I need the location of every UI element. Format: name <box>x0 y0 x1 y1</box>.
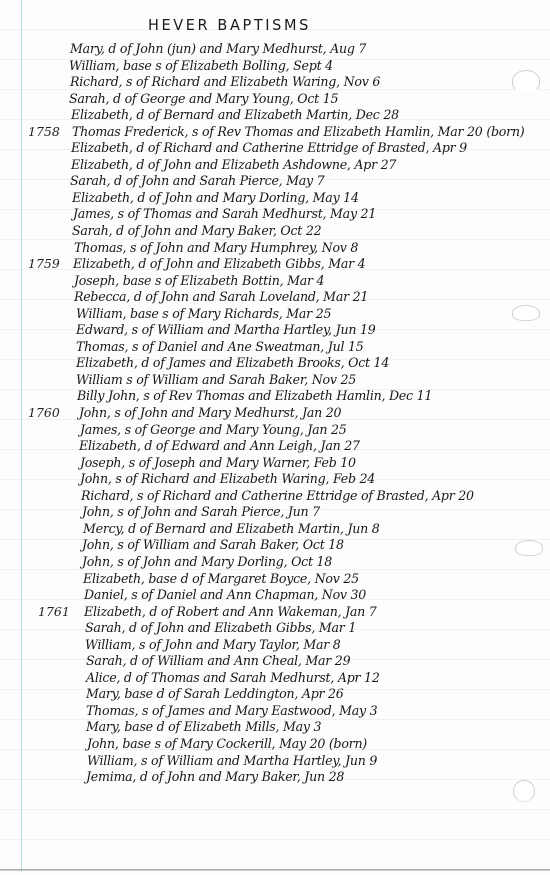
entry-text: Elizabeth, d of Robert and Ann Wakeman, … <box>84 604 377 620</box>
entry-text: William, base s of Mary Richards, Mar 25 <box>76 306 331 322</box>
entry-text: Elizabeth, d of John and Mary Dorling, M… <box>72 190 359 206</box>
entry-text: Elizabeth, d of Richard and Catherine Et… <box>71 140 467 156</box>
baptism-entry: Elizabeth, d of Richard and Catherine Et… <box>0 140 550 157</box>
baptism-entry: Mary, d of John (jun) and Mary Medhurst,… <box>0 41 550 58</box>
entry-text: Alice, d of Thomas and Sarah Medhurst, A… <box>86 670 380 686</box>
baptism-entry: Mercy, d of Bernard and Elizabeth Martin… <box>0 521 550 538</box>
page-bottom-edge <box>0 869 550 871</box>
entry-text: William, s of John and Mary Taylor, Mar … <box>85 637 341 653</box>
entry-text: Richard, s of Richard and Catherine Ettr… <box>81 488 474 504</box>
entry-text: Mercy, d of Bernard and Elizabeth Martin… <box>83 521 380 537</box>
baptism-entry: Joseph, s of Joseph and Mary Warner, Feb… <box>0 455 550 472</box>
entry-text: Joseph, base s of Elizabeth Bottin, Mar … <box>74 273 324 289</box>
notebook-page: HEVER BAPTISMS Mary, d of John (jun) and… <box>0 0 550 875</box>
baptism-entry: William, s of John and Mary Taylor, Mar … <box>0 637 550 654</box>
baptism-entry: William, base s of Elizabeth Bolling, Se… <box>0 58 550 75</box>
entry-text: William, s of William and Martha Hartley… <box>87 753 377 769</box>
baptism-entry: Mary, base d of Elizabeth Mills, May 3 <box>0 719 550 736</box>
baptism-entry: James, s of George and Mary Young, Jan 2… <box>0 422 550 439</box>
page-title: HEVER BAPTISMS <box>148 17 311 34</box>
baptism-entry: Billy John, s of Rev Thomas and Elizabet… <box>0 388 550 405</box>
entry-text: Mary, base d of Sarah Leddington, Apr 26 <box>86 686 344 702</box>
entry-text: Thomas, s of John and Mary Humphrey, Nov… <box>74 240 358 256</box>
entry-text: Richard, s of Richard and Elizabeth Wari… <box>70 74 380 90</box>
baptism-entry: Elizabeth, d of Bernard and Elizabeth Ma… <box>0 107 550 124</box>
baptism-entry: Thomas, s of Daniel and Ane Sweatman, Ju… <box>0 339 550 356</box>
baptism-entry: 1758Thomas Frederick, s of Rev Thomas an… <box>0 124 550 141</box>
baptism-entry: Elizabeth, d of John and Elizabeth Ashdo… <box>0 157 550 174</box>
entry-text: Mary, base d of Elizabeth Mills, May 3 <box>86 719 321 735</box>
baptism-entry: John, s of John and Sarah Pierce, Jun 7 <box>0 504 550 521</box>
baptism-entry: Mary, base d of Sarah Leddington, Apr 26 <box>0 686 550 703</box>
entry-text: Daniel, s of Daniel and Ann Chapman, Nov… <box>84 587 366 603</box>
baptism-entry: Elizabeth, base d of Margaret Boyce, Nov… <box>0 571 550 588</box>
baptism-entry: John, s of Richard and Elizabeth Waring,… <box>0 471 550 488</box>
entry-text: John, s of Richard and Elizabeth Waring,… <box>80 471 375 487</box>
entry-text: Sarah, d of John and Sarah Pierce, May 7 <box>70 173 324 189</box>
baptism-entry: Thomas, s of James and Mary Eastwood, Ma… <box>0 703 550 720</box>
baptism-entry: Sarah, d of William and Ann Cheal, Mar 2… <box>0 653 550 670</box>
baptism-entry: Elizabeth, d of Edward and Ann Leigh, Ja… <box>0 438 550 455</box>
baptism-entry: 1759Elizabeth, d of John and Elizabeth G… <box>0 256 550 273</box>
baptism-entry: John, base s of Mary Cockerill, May 20 (… <box>0 736 550 753</box>
entry-text: Sarah, d of John and Mary Baker, Oct 22 <box>72 223 321 239</box>
entry-text: John, s of John and Mary Medhurst, Jan 2… <box>79 405 341 421</box>
baptism-entry: John, s of William and Sarah Baker, Oct … <box>0 537 550 554</box>
entry-text: Elizabeth, d of Bernard and Elizabeth Ma… <box>71 107 399 123</box>
baptism-entry: Elizabeth, d of James and Elizabeth Broo… <box>0 355 550 372</box>
baptism-entry: Edward, s of William and Martha Hartley,… <box>0 322 550 339</box>
entry-text: James, s of George and Mary Young, Jan 2… <box>80 422 347 438</box>
entry-text: Sarah, d of John and Elizabeth Gibbs, Ma… <box>85 620 356 636</box>
baptism-entry: Sarah, d of John and Elizabeth Gibbs, Ma… <box>0 620 550 637</box>
entry-text: Joseph, s of Joseph and Mary Warner, Feb… <box>80 455 356 471</box>
entry-text: Elizabeth, d of James and Elizabeth Broo… <box>76 355 389 371</box>
baptism-entry: Sarah, d of John and Mary Baker, Oct 22 <box>0 223 550 240</box>
entry-text: John, s of John and Mary Dorling, Oct 18 <box>82 554 332 570</box>
baptism-entry: Thomas, s of John and Mary Humphrey, Nov… <box>0 240 550 257</box>
entry-text: William s of William and Sarah Baker, No… <box>76 372 356 388</box>
baptism-entry: Sarah, d of George and Mary Young, Oct 1… <box>0 91 550 108</box>
year-label: 1760 <box>28 405 60 421</box>
entry-text: Thomas Frederick, s of Rev Thomas and El… <box>72 124 524 140</box>
baptism-entry: Sarah, d of John and Sarah Pierce, May 7 <box>0 173 550 190</box>
entry-text: Thomas, s of Daniel and Ane Sweatman, Ju… <box>76 339 364 355</box>
entry-text: Mary, d of John (jun) and Mary Medhurst,… <box>70 41 366 57</box>
entry-text: John, s of John and Sarah Pierce, Jun 7 <box>82 504 320 520</box>
baptism-entry: William, s of William and Martha Hartley… <box>0 753 550 770</box>
year-label: 1761 <box>38 604 70 620</box>
entry-text: Rebecca, d of John and Sarah Loveland, M… <box>74 289 368 305</box>
entry-text: Edward, s of William and Martha Hartley,… <box>76 322 375 338</box>
baptism-entry: Rebecca, d of John and Sarah Loveland, M… <box>0 289 550 306</box>
entry-text: John, base s of Mary Cockerill, May 20 (… <box>87 736 367 752</box>
baptism-entry: Joseph, base s of Elizabeth Bottin, Mar … <box>0 273 550 290</box>
baptism-entry: Richard, s of Richard and Elizabeth Wari… <box>0 74 550 91</box>
baptism-entry: William, base s of Mary Richards, Mar 25 <box>0 306 550 323</box>
baptism-entry: Richard, s of Richard and Catherine Ettr… <box>0 488 550 505</box>
entry-text: Jemima, d of John and Mary Baker, Jun 28 <box>86 769 344 785</box>
baptism-entry: James, s of Thomas and Sarah Medhurst, M… <box>0 206 550 223</box>
entry-text: Elizabeth, base d of Margaret Boyce, Nov… <box>83 571 359 587</box>
baptism-entry: Jemima, d of John and Mary Baker, Jun 28 <box>0 769 550 786</box>
entry-text: William, base s of Elizabeth Bolling, Se… <box>69 58 333 74</box>
entry-text: Billy John, s of Rev Thomas and Elizabet… <box>77 388 432 404</box>
baptism-entry: 1760John, s of John and Mary Medhurst, J… <box>0 405 550 422</box>
baptism-list: Mary, d of John (jun) and Mary Medhurst,… <box>0 41 550 786</box>
baptism-entry: John, s of John and Mary Dorling, Oct 18 <box>0 554 550 571</box>
baptism-entry: Alice, d of Thomas and Sarah Medhurst, A… <box>0 670 550 687</box>
baptism-entry: Daniel, s of Daniel and Ann Chapman, Nov… <box>0 587 550 604</box>
baptism-entry: Elizabeth, d of John and Mary Dorling, M… <box>0 190 550 207</box>
entry-text: Sarah, d of George and Mary Young, Oct 1… <box>69 91 338 107</box>
entry-text: Thomas, s of James and Mary Eastwood, Ma… <box>86 703 377 719</box>
entry-text: Elizabeth, d of Edward and Ann Leigh, Ja… <box>79 438 360 454</box>
entry-text: Elizabeth, d of John and Elizabeth Gibbs… <box>73 256 365 272</box>
baptism-entry: 1761Elizabeth, d of Robert and Ann Wakem… <box>0 604 550 621</box>
entry-text: Sarah, d of William and Ann Cheal, Mar 2… <box>86 653 350 669</box>
entry-text: Elizabeth, d of John and Elizabeth Ashdo… <box>71 157 396 173</box>
year-label: 1759 <box>28 256 60 272</box>
year-label: 1758 <box>28 124 60 140</box>
entry-text: John, s of William and Sarah Baker, Oct … <box>82 537 344 553</box>
baptism-entry: William s of William and Sarah Baker, No… <box>0 372 550 389</box>
entry-text: James, s of Thomas and Sarah Medhurst, M… <box>73 206 376 222</box>
